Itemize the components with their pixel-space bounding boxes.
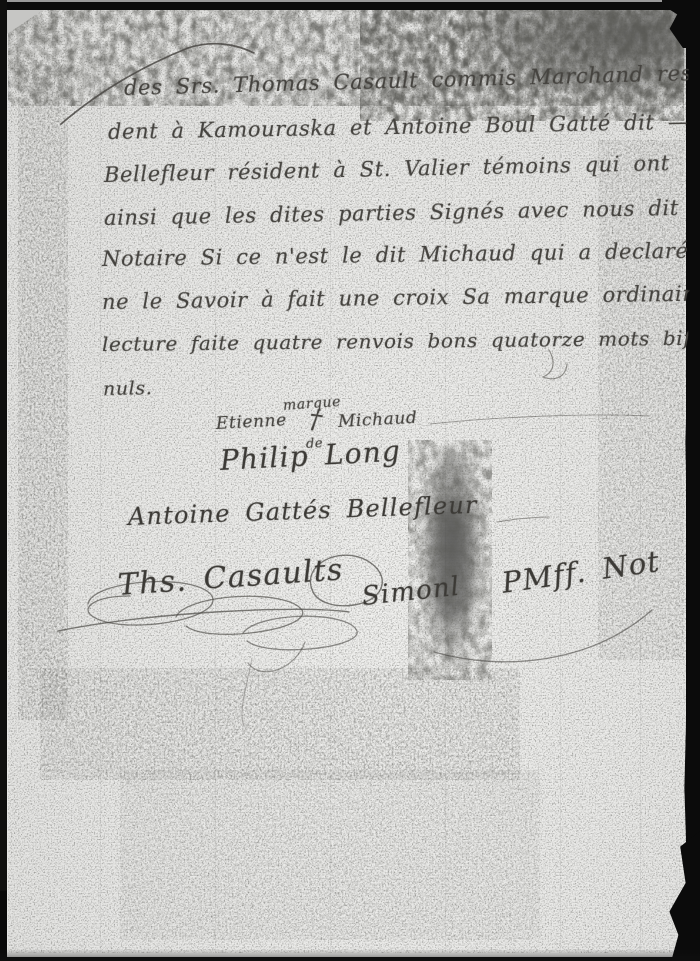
scanned-document-page: des Srs. Thomas Casault commis Marchand … [0,0,700,961]
fold-line [330,10,331,951]
fold-line [100,10,101,951]
manuscript-line-8: nuls. [103,377,153,400]
fold-line [215,10,216,951]
mark-surname: Michaud [337,408,417,432]
mark-first-name: Etienne [215,410,287,434]
paper-background [6,8,686,957]
scan-edge-bottom [0,949,700,961]
fold-line [560,10,561,951]
scan-edge-left [0,0,7,961]
scan-edge-top [0,0,700,10]
